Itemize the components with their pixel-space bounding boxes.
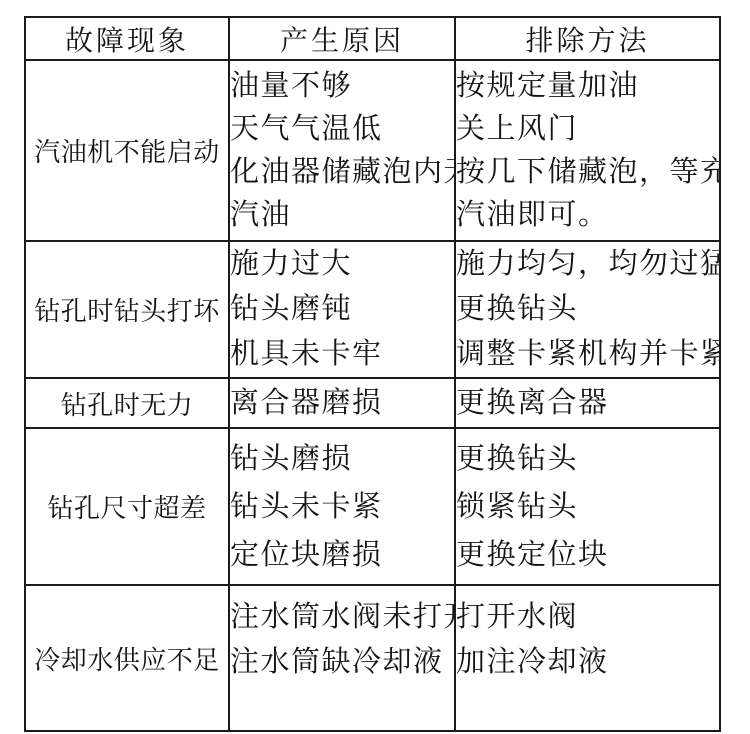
cause-cell: 注水筒水阀未打开 注水筒缺冷却液 xyxy=(229,585,455,731)
cell-line: 汽油即可。 xyxy=(456,194,719,237)
table-row-insufficient-cooling-water: 冷却水供应不足 注水筒水阀未打开 注水筒缺冷却液 打开水阀 加注冷却液 xyxy=(25,585,720,731)
cell-line: 更换定位块 xyxy=(456,531,719,579)
fault-cell: 钻孔尺寸超差 xyxy=(25,428,229,585)
header-fault-phenomenon: 故障现象 xyxy=(25,17,229,60)
cell-line: 钻头磨钝 xyxy=(230,287,454,332)
cell-line: 钻头未卡紧 xyxy=(230,483,454,531)
header-row: 故障现象 产生原因 排除方法 xyxy=(25,17,720,60)
cell-line: 更换钻头 xyxy=(456,435,719,483)
cell-line: 加注冷却液 xyxy=(456,640,719,685)
remedy-cell: 更换离合器 xyxy=(455,378,720,428)
cell-line: 化油器储藏泡内无 xyxy=(230,151,454,194)
cell-line: 钻头磨损 xyxy=(230,435,454,483)
cell-line: 施力均匀，均勿过猛 xyxy=(456,242,719,287)
remedy-cell: 更换钻头 锁紧钻头 更换定位块 xyxy=(455,428,720,585)
cell-line: 注水筒水阀未打开 xyxy=(230,595,454,640)
fault-cell: 汽油机不能启动 xyxy=(25,60,229,241)
troubleshooting-table-page: 故障现象 产生原因 排除方法 汽油机不能启动 油量不够 天气气温低 化油器储藏泡… xyxy=(0,0,750,734)
fault-cell: 冷却水供应不足 xyxy=(25,585,229,731)
cell-line: 机具未卡牢 xyxy=(230,332,454,377)
cause-cell: 油量不够 天气气温低 化油器储藏泡内无 汽油 xyxy=(229,60,455,241)
table-row-bit-broken: 钻孔时钻头打坏 施力过大 钻头磨钝 机具未卡牢 施力均匀，均勿过猛 更换钻头 调… xyxy=(25,241,720,378)
cell-line: 更换钻头 xyxy=(456,287,719,332)
cell-line: 定位块磨损 xyxy=(230,531,454,579)
cell-line: 锁紧钻头 xyxy=(456,483,719,531)
troubleshooting-table: 故障现象 产生原因 排除方法 汽油机不能启动 油量不够 天气气温低 化油器储藏泡… xyxy=(24,16,721,732)
cause-cell: 离合器磨损 xyxy=(229,378,455,428)
header-cause: 产生原因 xyxy=(229,17,455,60)
remedy-cell: 打开水阀 加注冷却液 xyxy=(455,585,720,731)
remedy-cell: 施力均匀，均勿过猛 更换钻头 调整卡紧机构并卡紧 xyxy=(455,241,720,378)
cell-line: 关上风门 xyxy=(456,108,719,151)
table-row-engine-no-start: 汽油机不能启动 油量不够 天气气温低 化油器储藏泡内无 汽油 按规定量加油 关上… xyxy=(25,60,720,241)
cell-line: 注水筒缺冷却液 xyxy=(230,640,454,685)
cell-line: 油量不够 xyxy=(230,65,454,108)
fault-cell: 钻孔时无力 xyxy=(25,378,229,428)
cell-line: 按几下储藏泡，等充满 xyxy=(456,151,719,194)
header-remedy: 排除方法 xyxy=(455,17,720,60)
fault-cell: 钻孔时钻头打坏 xyxy=(25,241,229,378)
cell-line: 施力过大 xyxy=(230,242,454,287)
cell-line: 离合器磨损 xyxy=(230,381,454,426)
cell-line: 天气气温低 xyxy=(230,108,454,151)
table-row-size-out-of-tolerance: 钻孔尺寸超差 钻头磨损 钻头未卡紧 定位块磨损 更换钻头 锁紧钻头 更换定位块 xyxy=(25,428,720,585)
cell-line: 打开水阀 xyxy=(456,595,719,640)
cause-cell: 钻头磨损 钻头未卡紧 定位块磨损 xyxy=(229,428,455,585)
table-row-no-power: 钻孔时无力 离合器磨损 更换离合器 xyxy=(25,378,720,428)
cell-line: 汽油 xyxy=(230,194,454,237)
remedy-cell: 按规定量加油 关上风门 按几下储藏泡，等充满 汽油即可。 xyxy=(455,60,720,241)
cell-line: 调整卡紧机构并卡紧 xyxy=(456,332,719,377)
cell-line: 更换离合器 xyxy=(456,381,719,426)
cell-line: 按规定量加油 xyxy=(456,65,719,108)
cause-cell: 施力过大 钻头磨钝 机具未卡牢 xyxy=(229,241,455,378)
